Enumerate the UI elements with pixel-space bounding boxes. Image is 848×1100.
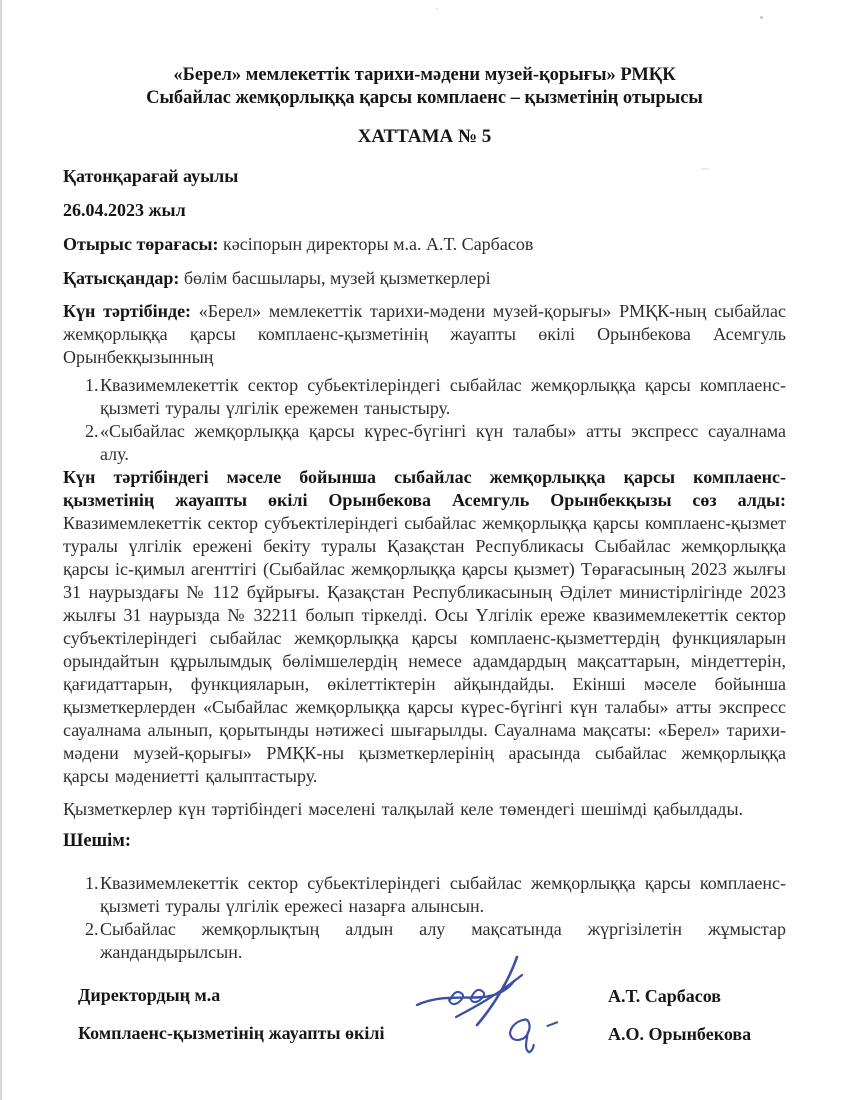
agenda-item: 1. Квазимемлекеттік сектор субьектілерін… [63, 374, 786, 420]
meeting-subtitle: Сыбайлас жемқорлыққа қарсы комплаенс – қ… [63, 87, 786, 110]
chairman-line: Отырыс төрағасы: кәсіпорын директоры м.а… [63, 233, 786, 256]
document-page: «Берел» мемлекеттік тарихи-мәдени музей-… [0, 0, 848, 1100]
agenda-item-number: 2. [63, 420, 100, 466]
decision-list: 1. Квазимемлекеттік сектор субьектілерін… [63, 872, 786, 964]
decision-item-text: Сыбайлас жемқорлықтың алдын алу мақсатын… [100, 918, 786, 964]
document-header: «Берел» мемлекеттік тарихи-мәдени музей-… [63, 64, 786, 110]
agenda-item-number: 1. [63, 374, 100, 420]
speech-body: Квазимемлекеттік сектор субъектілеріндег… [63, 513, 786, 786]
decision-item: 1. Квазимемлекеттік сектор субьектілерін… [63, 872, 786, 918]
decision-item: 2. Сыбайлас жемқорлықтың алдын алу мақса… [63, 918, 786, 964]
chairman-value: кәсіпорын директоры м.а. А.Т. Сарбасов [223, 234, 533, 254]
date-line: 26.04.2023 жыл [63, 199, 786, 222]
participants-label: Қатысқандар: [63, 268, 179, 288]
director-title: Директордың м.а [78, 984, 220, 1007]
participants-line: Қатысқандар: бөлім басшылары, музей қызм… [63, 267, 786, 290]
protocol-title: ХАТТАМА № 5 [63, 125, 786, 148]
agenda-label: Күн тәртібінде: [63, 301, 191, 321]
agenda-item: 2. «Сыбайлас жемқорлыққа қарсы күрес-бүг… [63, 420, 786, 466]
compliance-officer-name: А.О. Орынбекова [608, 1023, 751, 1046]
decision-item-number: 2. [63, 918, 100, 964]
speech-lead: Күн тәртібіндегі мәселе бойынша сыбайлас… [63, 467, 786, 510]
agenda-item-text: Квазимемлекеттік сектор субьектілеріндег… [100, 374, 786, 420]
signature-block: Директордың м.а А.Т. Сарбасов Комплаенс-… [63, 977, 786, 1053]
agenda-list: 1. Квазимемлекеттік сектор субьектілерін… [63, 374, 786, 466]
decision-item-number: 1. [63, 872, 100, 918]
compliance-officer-title: Комплаенс-қызметінің жауапты өкілі [78, 1022, 385, 1045]
agenda-paragraph: Күн тәртібінде: «Берел» мемлекеттік тари… [63, 300, 786, 369]
organization-title: «Берел» мемлекеттік тарихи-мәдени музей-… [63, 64, 786, 87]
chairman-label: Отырыс төрағасы: [63, 234, 219, 254]
location-line: Қатонқарағай ауылы [63, 165, 786, 188]
signature-row-director: Директордың м.а А.Т. Сарбасов [63, 977, 786, 1015]
signature-row-compliance: Комплаенс-қызметінің жауапты өкілі А.О. … [63, 1015, 786, 1053]
agenda-item-text: «Сыбайлас жемқорлыққа қарсы күрес-бүгінг… [100, 420, 786, 466]
decision-label: Шешім: [63, 830, 786, 853]
participants-value: бөлім басшылары, музей қызметкерлері [184, 268, 491, 288]
conclusion-paragraph: Қызметкерлер күн тәртібіндегі мәселені т… [63, 798, 786, 821]
director-name: А.Т. Сарбасов [608, 985, 721, 1008]
document-content: «Берел» мемлекеттік тарихи-мәдени музей-… [0, 0, 848, 1053]
speech-paragraph: Күн тәртібіндегі мәселе бойынша сыбайлас… [63, 466, 786, 788]
decision-item-text: Квазимемлекеттік сектор субьектілеріндег… [100, 872, 786, 918]
